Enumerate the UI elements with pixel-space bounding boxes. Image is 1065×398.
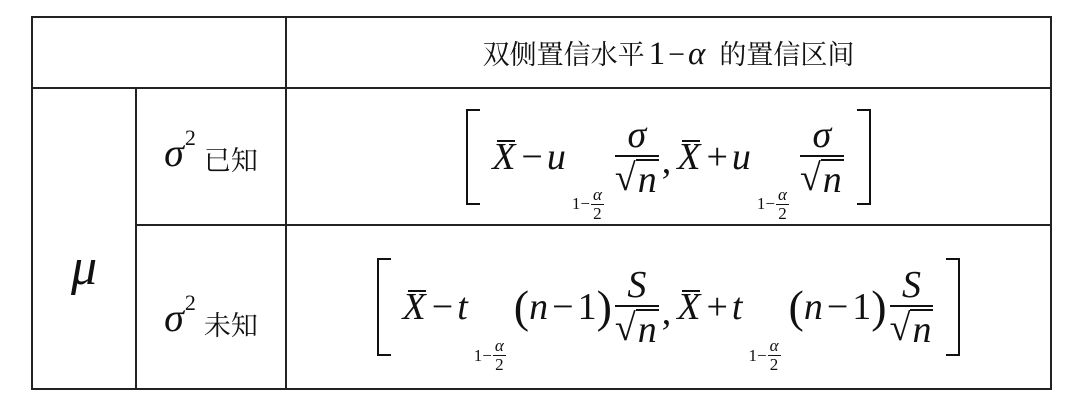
sqrt-body: n [636,309,659,349]
left-bracket [466,109,480,205]
dof-n: n [804,285,823,329]
sample-mean: X [675,135,702,179]
confidence-interval-table: 双侧置信水平 1 − α 的置信区间 μ σ 2 已知 σ 2 未知 X − u [31,16,1052,389]
comma: , [662,139,672,183]
sub-minus: − [580,194,590,214]
sub-minus: − [765,194,775,214]
sigma-superscript: 2 [185,292,196,314]
condition-cell-known: σ 2 已知 [137,89,285,224]
sub-one: 1 [572,194,581,214]
header-title-prefix: 双侧置信水平 [483,33,645,72]
close-paren: ) [597,284,612,330]
interval-formula-known: X − u 1 − α 2 σ √ n , X + u [466,109,871,205]
sample-mean: X [401,285,428,329]
condition-label-known: σ 2 已知 [164,133,258,178]
sub-fraction: α 2 [768,337,781,374]
sub-minus: − [482,346,492,366]
sample-mean: X [490,135,517,179]
dof-one: 1 [852,285,871,329]
table-border-right [1050,16,1052,390]
dof-one: 1 [578,285,597,329]
param-mu: μ [71,238,97,297]
fraction-denominator: √ n [890,307,934,349]
interval-cell-known: X − u 1 − α 2 σ √ n , X + u [287,89,1050,224]
quantile-symbol: u [732,135,751,179]
header-title-cell: 双侧置信水平 1 − α 的置信区间 [287,18,1050,87]
fraction: S √ n [615,265,659,349]
plus-operator: + [706,285,727,329]
header-corner-cell [33,18,285,87]
condition-text: 未知 [204,304,258,343]
fraction: S √ n [890,265,934,349]
dof-minus: − [827,285,848,329]
left-bracket [377,258,391,356]
sub-fraction-numerator: α [776,186,789,205]
fraction-denominator: √ n [800,157,844,199]
sub-fraction-denominator: 2 [495,356,504,374]
comma: , [662,290,672,334]
fraction-denominator: √ n [615,157,659,199]
sub-fraction: α 2 [493,337,506,374]
quantile-subscript: 1 − α 2 [572,186,604,223]
fraction: σ √ n [615,115,659,199]
right-bracket [857,109,871,205]
header-title-minus: − [668,38,685,72]
sqrt-body: n [910,309,933,349]
quantile-subscript: 1 − α 2 [474,337,506,374]
header-title-suffix: 的置信区间 [719,33,854,72]
sqrt-body: n [821,159,844,199]
sub-fraction-denominator: 2 [770,356,779,374]
sub-fraction-numerator: α [493,337,506,356]
fraction-numerator: σ [808,115,835,155]
open-paren: ( [514,284,529,330]
close-paren: ) [871,284,886,330]
sub-fraction-denominator: 2 [778,205,787,223]
sigma-superscript: 2 [185,127,196,149]
interval-cell-unknown: X − t 1 − α 2 ( n − 1 ) S √ n [287,226,1050,388]
sqrt-radical: √ [800,157,821,199]
fraction: σ √ n [800,115,844,199]
fraction-denominator: √ n [615,307,659,349]
sqrt-radical: √ [615,157,636,199]
sigma-symbol: σ [164,133,184,173]
sub-one: 1 [757,194,766,214]
sub-fraction-numerator: α [591,186,604,205]
sub-minus: − [757,346,767,366]
quantile-symbol: t [732,285,743,329]
quantile-subscript: 1 − α 2 [748,337,780,374]
sub-fraction: α 2 [776,186,789,223]
quantile-symbol: u [547,135,566,179]
right-bracket [946,258,960,356]
fraction-numerator: S [898,265,925,305]
sub-one: 1 [474,346,483,366]
quantile-subscript: 1 − α 2 [757,186,789,223]
sqrt-body: n [636,159,659,199]
condition-label-unknown: σ 2 未知 [164,298,258,343]
interval-formula-unknown: X − t 1 − α 2 ( n − 1 ) S √ n [377,258,961,356]
sigma-symbol: σ [164,298,184,338]
table-border-bottom [31,388,1052,390]
sub-fraction: α 2 [591,186,604,223]
header-title-alpha: α [688,36,705,73]
condition-cell-unknown: σ 2 未知 [137,226,285,388]
sub-fraction-denominator: 2 [593,205,602,223]
param-cell: μ [33,89,135,388]
sqrt-radical: √ [890,307,911,349]
dof-n: n [529,285,548,329]
sqrt-radical: √ [615,307,636,349]
condition-text: 已知 [204,139,258,178]
sample-mean: X [675,285,702,329]
dof-minus: − [552,285,573,329]
sub-fraction-numerator: α [768,337,781,356]
open-paren: ( [789,284,804,330]
fraction-numerator: S [623,265,650,305]
quantile-symbol: t [457,285,468,329]
header-title-one: 1 [649,36,666,73]
sub-one: 1 [748,346,757,366]
minus-operator: − [521,135,542,179]
minus-operator: − [432,285,453,329]
header-title: 双侧置信水平 1 − α 的置信区间 [483,33,855,73]
plus-operator: + [706,135,727,179]
fraction-numerator: σ [623,115,650,155]
